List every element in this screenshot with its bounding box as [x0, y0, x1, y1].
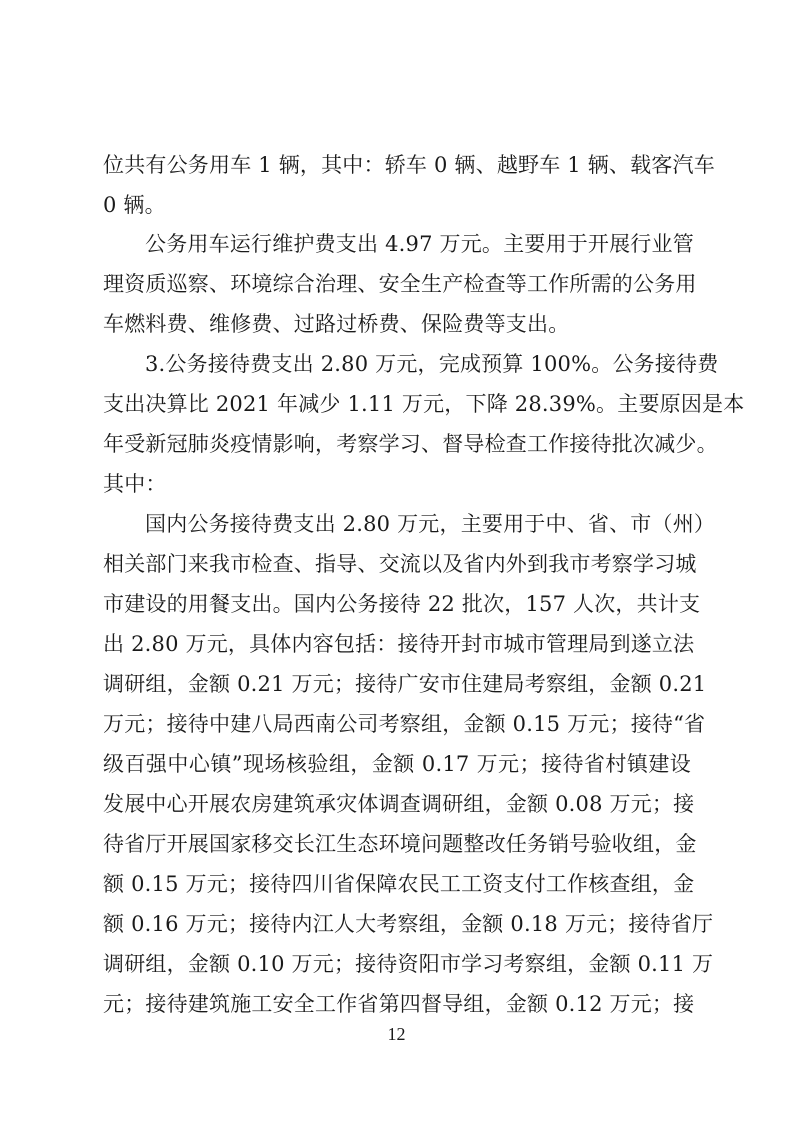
- text-line: 0 辆。: [103, 191, 691, 219]
- text-line: 元；接待建筑施工安全工作省第四督导组，金额 0.12 万元；接: [103, 990, 691, 1018]
- text-line: 调研组，金额 0.10 万元；接待资阳市学习考察组，金额 0.11 万: [103, 950, 691, 978]
- text-line: 待省厅开展国家移交长江生态环境问题整改任务销号验收组，金: [103, 830, 691, 858]
- text-line: 支出决算比 2021 年减少 1.11 万元，下降 28.39%。主要原因是本: [103, 390, 691, 418]
- text-line: 理资质巡察、环境综合治理、安全生产检查等工作所需的公务用: [103, 270, 691, 298]
- text-line: 相关部门来我市检查、指导、交流以及省内外到我市考察学习城: [103, 550, 691, 578]
- text-line: 万元；接待中建八局西南公司考察组，金额 0.15 万元；接待“省: [103, 710, 691, 738]
- page-number: 12: [0, 1022, 793, 1046]
- text-line: 年受新冠肺炎疫情影响，考察学习、督导检查工作接待批次减少。: [103, 430, 691, 458]
- text-line: 市建设的用餐支出。国内公务接待 22 批次，157 人次，共计支: [103, 590, 691, 618]
- text-line: 出 2.80 万元，具体内容包括：接待开封市城市管理局到遂立法: [103, 630, 691, 658]
- text-line: 额 0.16 万元；接待内江人大考察组，金额 0.18 万元；接待省厅: [103, 910, 691, 938]
- document-page: 位共有公务用车 1 辆，其中：轿车 0 辆、越野车 1 辆、载客汽车 0 辆。 …: [0, 0, 793, 1122]
- text-line: 发展中心开展农房建筑承灾体调查调研组，金额 0.08 万元；接: [103, 790, 691, 818]
- text-line: 位共有公务用车 1 辆，其中：轿车 0 辆、越野车 1 辆、载客汽车: [103, 151, 691, 179]
- text-line: 级百强中心镇”现场核验组，金额 0.17 万元；接待省村镇建设: [103, 750, 691, 778]
- text-line: 额 0.15 万元；接待四川省保障农民工工资支付工作核查组，金: [103, 870, 691, 898]
- text-line: 调研组，金额 0.21 万元；接待广安市住建局考察组，金额 0.21: [103, 670, 691, 698]
- text-line: 公务用车运行维护费支出 4.97 万元。主要用于开展行业管: [145, 230, 691, 258]
- text-line: 其中：: [103, 470, 691, 498]
- text-line: 车燃料费、维修费、过路过桥费、保险费等支出。: [103, 310, 691, 338]
- text-line: 国内公务接待费支出 2.80 万元，主要用于中、省、市（州）: [145, 510, 691, 538]
- text-line: 3.公务接待费支出 2.80 万元，完成预算 100%。公务接待费: [145, 350, 691, 378]
